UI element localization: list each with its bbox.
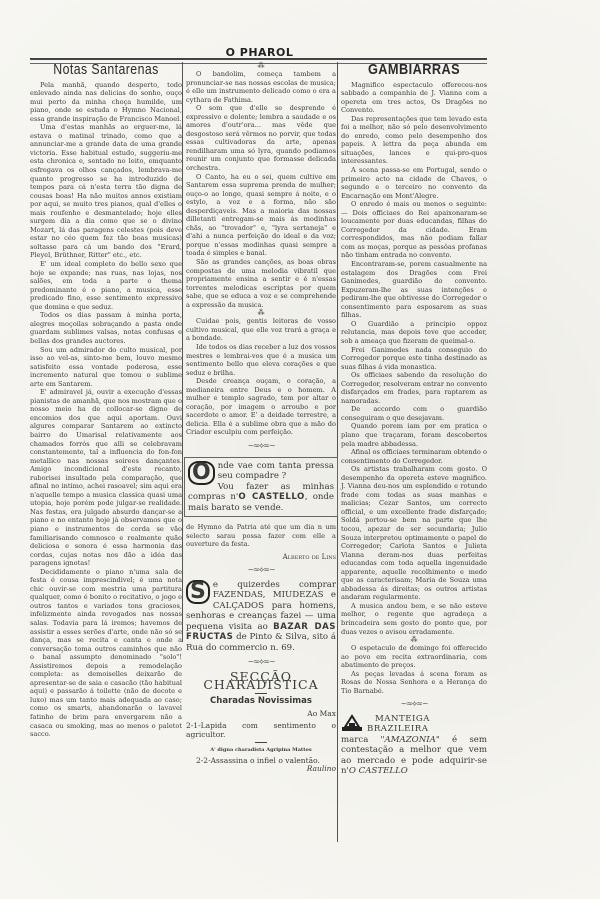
dropcap: O [188,461,215,485]
ad-manteiga-brazileira: MANTEIGA BRAZILEIRA marca "AMAZONIA" é s… [341,714,487,777]
paragraph: As peças levadas á scena foram as Rosas … [341,670,487,696]
paragraph: Pela manhã, quando desperto, todo enleva… [30,81,182,124]
paragraph: O espetaculo de domingo foi offerecido a… [341,644,487,670]
paragraph: O som que d'elle se desprende é expressi… [186,104,336,172]
dash-divider [255,742,267,743]
ad-text: nde vae com tanta pressa seu compadre ? [218,461,334,482]
column-divider-1 [182,62,183,642]
paragraph: Magnifico espectaculo offereceu-nos sabb… [341,81,487,115]
ad-bazar-das-fructas: S e quizerdes comprar FAZENDAS, MIUDEZAS… [186,580,336,654]
ornament-divider: ~≈⟡≈~ [186,566,336,575]
continued-text: de Hymno da Patria até que um dia n um s… [186,523,336,549]
paragraph: Os artistas trabalharam com gosto. O des… [341,465,487,602]
stars-separator: ⁂ [186,310,336,316]
dash-divider [255,693,267,694]
column-divider-2 [337,62,338,842]
ad-o-castello: O nde vae com tanta pressa seu compadre … [184,457,338,518]
paragraph: Ide todos os dias receber a luz dos voss… [186,343,336,377]
ad-brand: "AMAZONIA" [381,735,440,745]
charada-author: Raulino [186,765,336,774]
ad-headline: MANTEIGA BRAZILEIRA [367,714,430,735]
ad-text: marca [341,735,381,745]
newspaper-page: O PHAROL Notas Santarenas Pela manhã, qu… [0,0,600,899]
paragraph: A musica andou bem, e se não esteve melh… [341,602,487,636]
paragraph: São as grandes canções, as boas obras co… [186,258,336,309]
paragraph: E' um ideal completo do bello sexo que h… [30,260,182,311]
paragraph: Quando porem iam por em pratica o plano … [341,422,487,448]
stars-separator: ⁂ [186,63,336,69]
sub-title: Charadas Novissimas [186,697,336,706]
column-gambiarras: GAMBIARRAS Magnifico espectaculo offerec… [341,62,487,777]
paragraph: O enredo é mais ou menos o seguinte: — D… [341,200,487,260]
paragraph: Os officiaes sabendo da resolução do Cor… [341,371,487,405]
paragraph: Afinal os officiaes terminaram obtendo o… [341,448,487,465]
paragraph: Desde creança ouçam, o coração, a median… [186,377,336,437]
dedication: Ao Max [186,710,336,719]
dropcap: S [186,580,210,604]
paragraph: Decididamente o piano n'uma sala de fest… [30,568,182,739]
paragraph: Cuidae pois, gentis leitoras de vosso cu… [186,317,336,343]
paragraph: O bandolim, começa tambem a pronunciar-s… [186,70,336,104]
stars-separator: ⁂ [341,637,487,643]
section-title: SECÇÃO CHARADISTICA [186,673,336,690]
ornament-divider: ~≈⟡≈~ [186,442,336,451]
paragraph: E' admiravel já, ouvir a execução d'essa… [30,388,182,567]
paragraph: Todos os dias passam á minha porta, aleg… [30,311,182,345]
paragraph: Das representações que tem levado esta f… [341,115,487,166]
section-charadistica: SECÇÃO CHARADISTICA Charadas Novissimas … [186,673,336,774]
author-signature: Alberto de Lins [186,553,336,562]
paragraph: Sou um admirador do culto musical, por i… [30,346,182,389]
column-middle: ⁂ O bandolim, começa tambem a pronunciar… [186,62,336,774]
charada-item: 2-1-Lapida com sentimento o agricultor. [186,722,336,739]
paragraph: O Guardião a principio oppoz relutancia,… [341,320,487,346]
ornament-divider: ~≈⟡≈~ [186,658,336,667]
paragraph: Encontraram-se, porem casualmente na est… [341,260,487,320]
paragraph: O Canto, ha eu o sei, quem cultive em Sa… [186,173,336,258]
dedication: A' digna charadista Agripina Mattos [186,746,336,755]
paragraph: A scena passa-se em Portugal, sendo o pr… [341,166,487,200]
article-title: GAMBIARRAS [352,66,476,75]
paragraph: De accordo com o guardião conseguiram o … [341,405,487,422]
paragraph: Uma d'estas manhãs ao erguer-me, lá esta… [30,123,182,260]
article-title: Notas Santarenas [41,66,170,75]
butter-dish-icon [341,714,363,732]
ornament-divider: ~≈⟡≈~ [341,700,487,709]
column-notas-santarenas: Notas Santarenas Pela manhã, quando desp… [30,62,182,739]
ad-store: O CASTELLO [349,766,408,776]
paragraph: Frei Ganimedes nada conseguio do Correge… [341,346,487,372]
ad-brand: O CASTELLO [238,492,305,502]
